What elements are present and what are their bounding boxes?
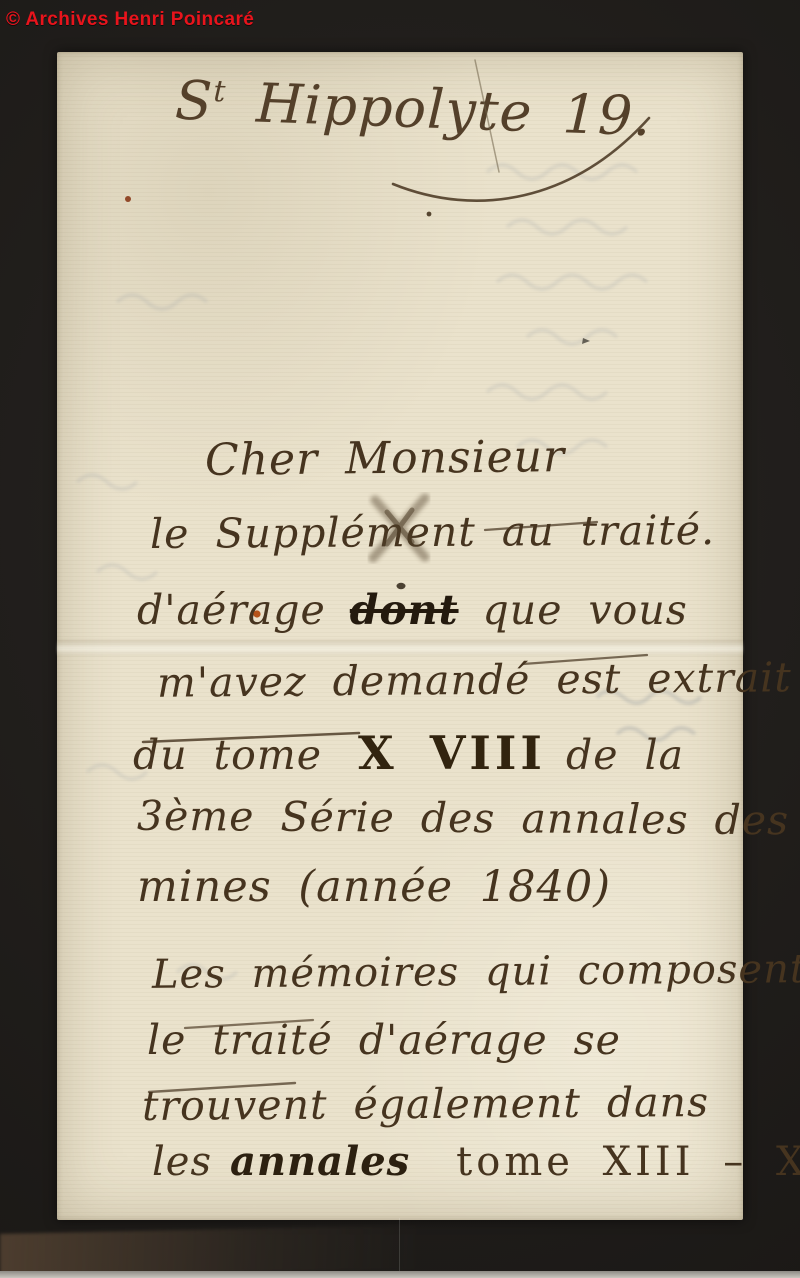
tiny-speck xyxy=(582,338,590,344)
archive-watermark: © Archives Henri Poincaré xyxy=(6,9,254,31)
letter-line-5: 3ème Série des annales des xyxy=(137,796,789,842)
line4-text: du tome xyxy=(133,731,322,779)
letter-line-10: lesannalestome XIII – XV xyxy=(152,1142,800,1182)
letter-page: St Hippolyte 19. Cher Monsieur le Supplé… xyxy=(57,52,743,1220)
dateline-place-initial: S xyxy=(174,69,214,133)
letter-line-7: Les mémoires qui composent xyxy=(152,949,800,995)
letter-dateline: St Hippolyte 19. xyxy=(174,74,652,145)
overwritten-word: annales xyxy=(230,1138,410,1185)
rust-spot xyxy=(125,196,131,202)
tome-numeral: X VIII xyxy=(358,726,546,780)
line2-text-after: que vous xyxy=(483,586,688,634)
dateline-rest: Hippolyte 19. xyxy=(255,72,652,149)
letter-line-2: d'aéragedontque vous xyxy=(137,590,688,631)
line4-text-after: de la xyxy=(566,731,684,779)
letter-line-9: trouvent également dans xyxy=(142,1082,709,1127)
line2-text: d'aérage xyxy=(137,586,326,634)
backing-fold-highlight xyxy=(0,1222,560,1278)
letter-line-1: le Supplément au traité. xyxy=(150,510,715,555)
scan-bottom-edge xyxy=(0,1271,800,1278)
line10-text: les xyxy=(152,1139,212,1185)
date-ink-dot xyxy=(427,212,432,217)
tome-range-numerals: tome XIII – XV xyxy=(456,1139,800,1185)
archive-letter-scan: © Archives Henri Poincaré xyxy=(0,0,800,1278)
letter-line-6: mines (année 1840) xyxy=(137,866,611,909)
crossed-out-word: dont xyxy=(350,586,459,634)
letter-line-3: m'avez demandé est extrait xyxy=(157,657,792,704)
backing-crease xyxy=(399,1218,400,1272)
letter-line-4: du tomeX VIIIde la xyxy=(133,730,684,776)
letter-line-8: le traité d'aérage se xyxy=(147,1020,621,1061)
letter-salutation: Cher Monsieur xyxy=(205,435,565,483)
dateline-superscript: t xyxy=(213,74,227,109)
